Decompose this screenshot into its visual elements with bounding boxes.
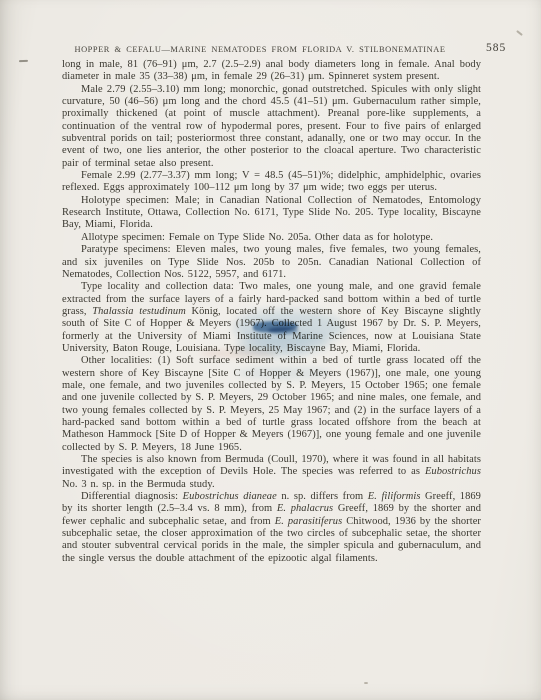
taxon-name: Eubostrichus <box>425 466 481 477</box>
body-text-run: Holotype specimen: Male; in Canadian Nat… <box>62 195 481 231</box>
scan-speck <box>364 682 368 684</box>
running-title: HOPPER & CEFALU—MARINE NEMATODES FROM FL… <box>74 45 445 54</box>
paragraph-8: Other localities: (1) Soft surface sedim… <box>62 355 481 454</box>
paragraph-3: Female 2.99 (2.77–3.37) mm long; V = 48.… <box>62 170 481 195</box>
body-text-run: Differential diagnosis: <box>81 491 183 502</box>
paragraph-5: Allotype specimen: Female on Type Slide … <box>62 232 481 244</box>
taxon-name: E. parasitiferus <box>275 516 343 527</box>
body-text-run: Other localities: (1) Soft surface sedim… <box>62 355 481 452</box>
paragraph-10: Differential diagnosis: Eubostrichus dia… <box>62 491 481 565</box>
paragraph-7: Type locality and collection data: Two m… <box>62 281 481 355</box>
paragraph-9: The species is also known from Bermuda (… <box>62 454 481 491</box>
running-header: HOPPER & CEFALU—MARINE NEMATODES FROM FL… <box>62 45 458 54</box>
paragraph-1: long in male, 81 (76–91) μm, 2.7 (2.5–2.… <box>62 59 481 84</box>
paragraph-2: Male 2.79 (2.55–3.10) mm long; monorchic… <box>62 84 481 170</box>
scanned-journal-page: HOPPER & CEFALU—MARINE NEMATODES FROM FL… <box>0 0 541 700</box>
body-text-run: The species is also known from Bermuda (… <box>62 454 481 477</box>
body-text-run: Allotype specimen: Female on Type Slide … <box>81 232 433 243</box>
taxon-name: E. phalacrus <box>277 503 333 514</box>
margin-dash-mark <box>19 60 28 62</box>
taxon-name: E. filiformis <box>368 491 421 502</box>
body-text-run: n. sp. differs from <box>277 491 368 502</box>
page-number: 585 <box>486 42 506 54</box>
taxon-name: Eubostrichus dianeae <box>183 491 277 502</box>
scan-speck <box>516 30 523 36</box>
body-text-run: No. 3 n. sp. in the Bermuda study. <box>62 479 215 490</box>
body-text-run: Male 2.79 (2.55–3.10) mm long; monorchic… <box>62 84 481 169</box>
paragraph-6: Paratype specimens: Eleven males, two yo… <box>62 244 481 281</box>
body-text-run: long in male, 81 (76–91) μm, 2.7 (2.5–2.… <box>62 59 481 82</box>
taxon-name: Thalassia testudinum <box>92 306 186 317</box>
page-body: long in male, 81 (76–91) μm, 2.7 (2.5–2.… <box>62 59 481 565</box>
body-text-run: Paratype specimens: Eleven males, two yo… <box>62 244 481 280</box>
body-text-run: Female 2.99 (2.77–3.37) mm long; V = 48.… <box>62 170 481 193</box>
paragraph-4: Holotype specimen: Male; in Canadian Nat… <box>62 195 481 232</box>
